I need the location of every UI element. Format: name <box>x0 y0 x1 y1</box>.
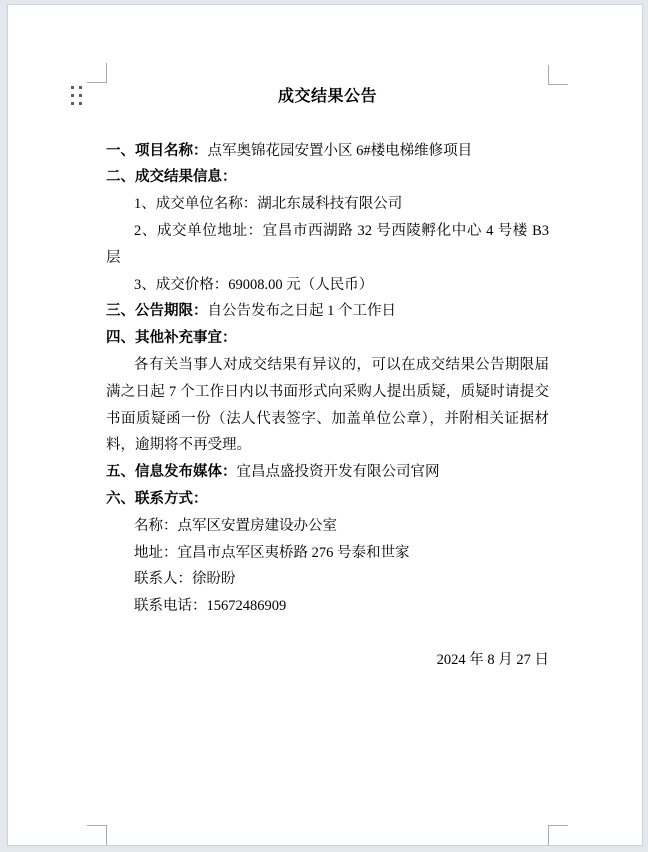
drag-anchor-dot <box>79 102 82 105</box>
blank-line <box>106 620 549 647</box>
drag-anchor-dot <box>71 102 74 105</box>
document-page[interactable]: 成交结果公告 一、项目名称：点军奥锦花园安置小区 6#楼电梯维修项目 二、成交结… <box>7 4 643 846</box>
document-content: 成交结果公告 一、项目名称：点军奥锦花园安置小区 6#楼电梯维修项目 二、成交结… <box>106 84 549 674</box>
line-winner-address[interactable]: 2、成交单位地址：宜昌市西湖路 32 号西陵孵化中心 4 号楼 B3 <box>106 218 549 245</box>
section-text: 点军奥锦花园安置小区 6#楼电梯维修项目 <box>208 143 473 159</box>
line-supplement-heading[interactable]: 四、其他补充事宜： <box>106 325 549 352</box>
line-announcement-period[interactable]: 三、公告期限：自公告发布之日起 1 个工作日 <box>106 298 549 325</box>
line-winner-address-wrap[interactable]: 层 <box>106 245 549 272</box>
line-contact-phone[interactable]: 联系电话：15672486909 <box>106 593 549 620</box>
margin-crop-mark-top-right <box>548 65 568 85</box>
line-contact-address[interactable]: 地址：宜昌市点军区夷桥路 276 号泰和世家 <box>106 540 549 567</box>
line-publish-media[interactable]: 五、信息发布媒体：宜昌点盛投资开发有限公司官网 <box>106 459 549 486</box>
line-winner-name[interactable]: 1、成交单位名称：湖北东晟科技有限公司 <box>106 191 549 218</box>
line-contact-person[interactable]: 联系人：徐盼盼 <box>106 566 549 593</box>
section-label: 五、信息发布媒体： <box>106 464 237 480</box>
margin-crop-mark-top-left <box>87 63 107 83</box>
drag-anchor-icon[interactable] <box>71 86 82 105</box>
line-result-info-heading[interactable]: 二、成交结果信息： <box>106 164 549 191</box>
line-contact-name[interactable]: 名称：点军区安置房建设办公室 <box>106 513 549 540</box>
drag-anchor-dot <box>71 94 74 97</box>
app-canvas: { "window": { "background_color": "#e3e8… <box>0 0 648 852</box>
section-label: 六、联系方式： <box>106 491 208 507</box>
line-objection-paragraph-2[interactable]: 满之日起 7 个工作日内以书面形式向采购人提出质疑，质疑时请提交 <box>106 379 549 406</box>
line-price[interactable]: 3、成交价格：69008.00 元（人民币） <box>106 272 549 299</box>
line-objection-paragraph-1[interactable]: 各有关当事人对成交结果有异议的，可以在成交结果公告期限届 <box>106 352 549 379</box>
document-date[interactable]: 2024 年 8 月 27 日 <box>106 647 549 674</box>
section-text: 自公告发布之日起 1 个工作日 <box>208 303 397 319</box>
section-label: 四、其他补充事宜： <box>106 330 237 346</box>
margin-crop-mark-bottom-left <box>87 825 107 845</box>
document-title[interactable]: 成交结果公告 <box>106 84 549 111</box>
line-objection-paragraph-3[interactable]: 书面质疑函一份（法人代表签字、加盖单位公章），并附相关证据材 <box>106 406 549 433</box>
section-label: 二、成交结果信息： <box>106 169 237 185</box>
margin-crop-mark-bottom-right <box>548 825 568 845</box>
drag-anchor-dot <box>71 86 74 89</box>
section-text: 宜昌点盛投资开发有限公司官网 <box>237 464 440 480</box>
line-objection-paragraph-4[interactable]: 料，逾期将不再受理。 <box>106 432 549 459</box>
drag-anchor-dot <box>79 86 82 89</box>
line-contact-heading[interactable]: 六、联系方式： <box>106 486 549 513</box>
line-project-name[interactable]: 一、项目名称：点军奥锦花园安置小区 6#楼电梯维修项目 <box>106 138 549 165</box>
section-label: 一、项目名称： <box>106 143 208 159</box>
drag-anchor-dot <box>79 94 82 97</box>
section-label: 三、公告期限： <box>106 303 208 319</box>
blank-line <box>106 111 549 138</box>
